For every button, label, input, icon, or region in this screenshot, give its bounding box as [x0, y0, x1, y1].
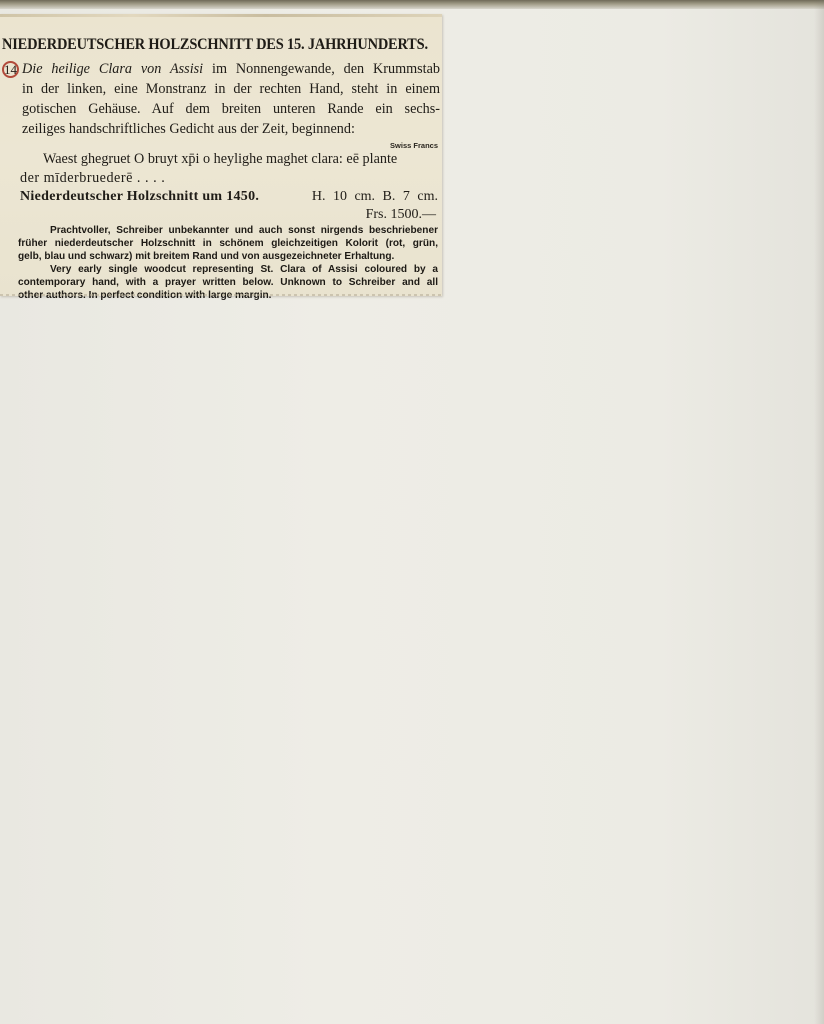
scanner-right-shadow — [814, 0, 824, 1024]
notes-line: contemporary hand, with a prayer written… — [18, 276, 438, 289]
price: Frs. 1500.— — [366, 205, 436, 224]
lot-description: Die heilige Clara von Assisi im Nonnenge… — [22, 59, 440, 139]
currency-label: Swiss Francs — [390, 141, 438, 150]
notes-german: Prachtvoller, Schreiber unbekannter und … — [18, 224, 438, 263]
section-heading: NIEDERDEUTSCHER HOLZSCHNITT DES 15. JAHR… — [2, 36, 411, 54]
notes-line: gelb, blau und schwarz) mit breitem Rand… — [18, 250, 438, 263]
lot-summary: Niederdeutscher Holzschnitt um 1450. H. … — [20, 187, 438, 206]
origin-date: Niederdeutscher Holzschnitt um 1450. — [20, 189, 259, 204]
notes-line: Very early single woodcut representing S… — [18, 263, 438, 276]
lot-notes: Prachtvoller, Schreiber unbekannter und … — [18, 224, 438, 302]
scanner-top-edge — [0, 0, 824, 9]
poem-quote: Waest ghegruet O bruyt xp̄i o heylighe m… — [20, 150, 440, 188]
catalogue-clipping: NIEDERDEUTSCHER HOLZSCHNITT DES 15. JAHR… — [0, 14, 442, 296]
description-line: in der linken, eine Monstranz in der rec… — [22, 79, 440, 99]
description-line: gotischen Gehäuse. Auf dem breiten unter… — [22, 99, 440, 119]
artwork-title: Die heilige Clara von Assisi — [22, 61, 203, 77]
notes-english: Very early single woodcut representing S… — [18, 263, 438, 302]
description-line: zeiliges handschriftliches Gedicht aus d… — [22, 119, 440, 139]
description-line: Die heilige Clara von Assisi im Nonnenge… — [22, 59, 440, 79]
poem-line: der mīderbruederē . . . . — [20, 169, 440, 188]
dimensions: H. 10 cm. B. 7 cm. — [312, 187, 438, 206]
notes-line: Prachtvoller, Schreiber unbekannter und … — [18, 224, 438, 237]
lot-number-circled: 14 — [2, 61, 19, 78]
clipping-cut-edge — [0, 294, 442, 296]
description-text: im Nonnengewande, den Krummstab — [203, 61, 440, 77]
notes-line: früher niederdeutscher Holzschnitt in sc… — [18, 237, 438, 250]
poem-line: Waest ghegruet O bruyt xp̄i o heylighe m… — [20, 150, 440, 169]
